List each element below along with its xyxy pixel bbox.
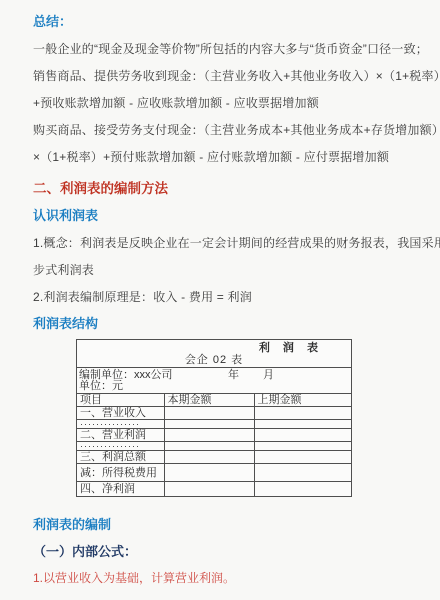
cell-current-empty — [164, 482, 254, 497]
table-header-row: 项目 本期金额 上期金额 — [77, 394, 351, 407]
section-heading: 二、利润表的编制方法 — [33, 181, 414, 197]
cell-current-empty — [164, 464, 254, 482]
cell-prior-empty — [254, 451, 351, 464]
document-page: 总结： 一般企业的“现金及现金等价物”所包括的内容大多与“货币资金”口径一致； … — [0, 0, 440, 600]
summary-line-1: 一般企业的“现金及现金等价物”所包括的内容大多与“货币资金”口径一致； — [33, 36, 414, 63]
cell-prior-empty — [254, 420, 351, 429]
col-header-item: 项目 — [77, 394, 164, 407]
concept-line-1: 1.概念：利润表是反映企业在一定会计期间的经营成果的财务报表，我国采用多 — [33, 230, 414, 257]
cell-prior-empty — [254, 464, 351, 482]
profit-statement-table: 利 润 表 会企 02 表 编制单位：xxx公司 年 月 单位：元 项目 本期金… — [76, 339, 352, 497]
cell-prior-empty — [254, 482, 351, 497]
formula-heading: （一）内部公式： — [33, 544, 414, 560]
row-item-label: 一、营业收入 — [77, 407, 164, 420]
document-content: 总结： 一般企业的“现金及现金等价物”所包括的内容大多与“货币资金”口径一致； … — [0, 0, 440, 586]
table-row-operating-revenue: 一、营业收入 — [77, 407, 351, 420]
compile-heading: 利润表的编制 — [33, 517, 414, 533]
table-form-number: 会企 02 表 — [77, 355, 351, 368]
concept-line-2: 步式利润表 — [33, 257, 414, 284]
cell-prior-empty — [254, 442, 351, 451]
recognize-paragraphs: 1.概念：利润表是反映企业在一定会计期间的经营成果的财务报表，我国采用多 步式利… — [33, 230, 414, 311]
unit-label: 单位：元 — [79, 381, 349, 392]
row-item-label: 四、净利润 — [77, 482, 164, 497]
cell-current-empty — [164, 442, 254, 451]
formula-step-1: 1.以营业收入为基础，计算营业利润。 — [33, 571, 414, 586]
month-label: 月 — [263, 370, 274, 381]
principle-line: 2.利润表编制原理是：收入 - 费用 = 利润 — [33, 284, 414, 311]
col-header-current-amount: 本期金额 — [164, 394, 254, 407]
cell-prior-empty — [254, 429, 351, 442]
cell-current-empty — [164, 429, 254, 442]
table-row-net-profit: 四、净利润 — [77, 482, 351, 497]
summary-line-3: +预收账款增加额 - 应收账款增加额 - 应收票据增加额 — [33, 90, 414, 117]
col-header-prior-amount: 上期金额 — [254, 394, 351, 407]
summary-line-5: ×（1+税率）+预付账款增加额 - 应付账款增加额 - 应付票据增加额 — [33, 144, 414, 171]
row-item-label: ··············· — [77, 420, 164, 429]
summary-line-2: 销售商品、提供劳务收到现金：（主营业务收入+其他业务收入）×（1+税率） — [33, 63, 414, 90]
summary-paragraphs: 一般企业的“现金及现金等价物”所包括的内容大多与“货币资金”口径一致； 销售商品… — [33, 36, 414, 171]
summary-line-4: 购买商品、接受劳务支付现金：（主营业务成本+其他业务成本+存货增加额） — [33, 117, 414, 144]
cell-current-empty — [164, 407, 254, 420]
row-item-label: 二、营业利润 — [77, 429, 164, 442]
cell-current-empty — [164, 420, 254, 429]
table-info-block: 编制单位：xxx公司 年 月 单位：元 — [77, 368, 351, 394]
table-row-ellipsis: ··············· — [77, 420, 351, 429]
row-item-label: ··············· — [77, 442, 164, 451]
profit-table-grid: 项目 本期金额 上期金额 一、营业收入 ··············· — [77, 394, 351, 496]
row-item-label: 减：所得税费用 — [77, 464, 164, 482]
year-label: 年 — [228, 370, 239, 381]
table-row-ellipsis: ··············· — [77, 442, 351, 451]
recognize-heading: 认识利润表 — [33, 208, 414, 224]
table-row-income-tax: 减：所得税费用 — [77, 464, 351, 482]
cell-current-empty — [164, 451, 254, 464]
table-title: 利 润 表 — [77, 340, 351, 355]
structure-heading: 利润表结构 — [33, 316, 414, 332]
cell-prior-empty — [254, 407, 351, 420]
table-row-total-profit: 三、利润总额 — [77, 451, 351, 464]
row-item-label: 三、利润总额 — [77, 451, 164, 464]
summary-heading: 总结： — [33, 14, 414, 30]
table-row-operating-profit: 二、营业利润 — [77, 429, 351, 442]
